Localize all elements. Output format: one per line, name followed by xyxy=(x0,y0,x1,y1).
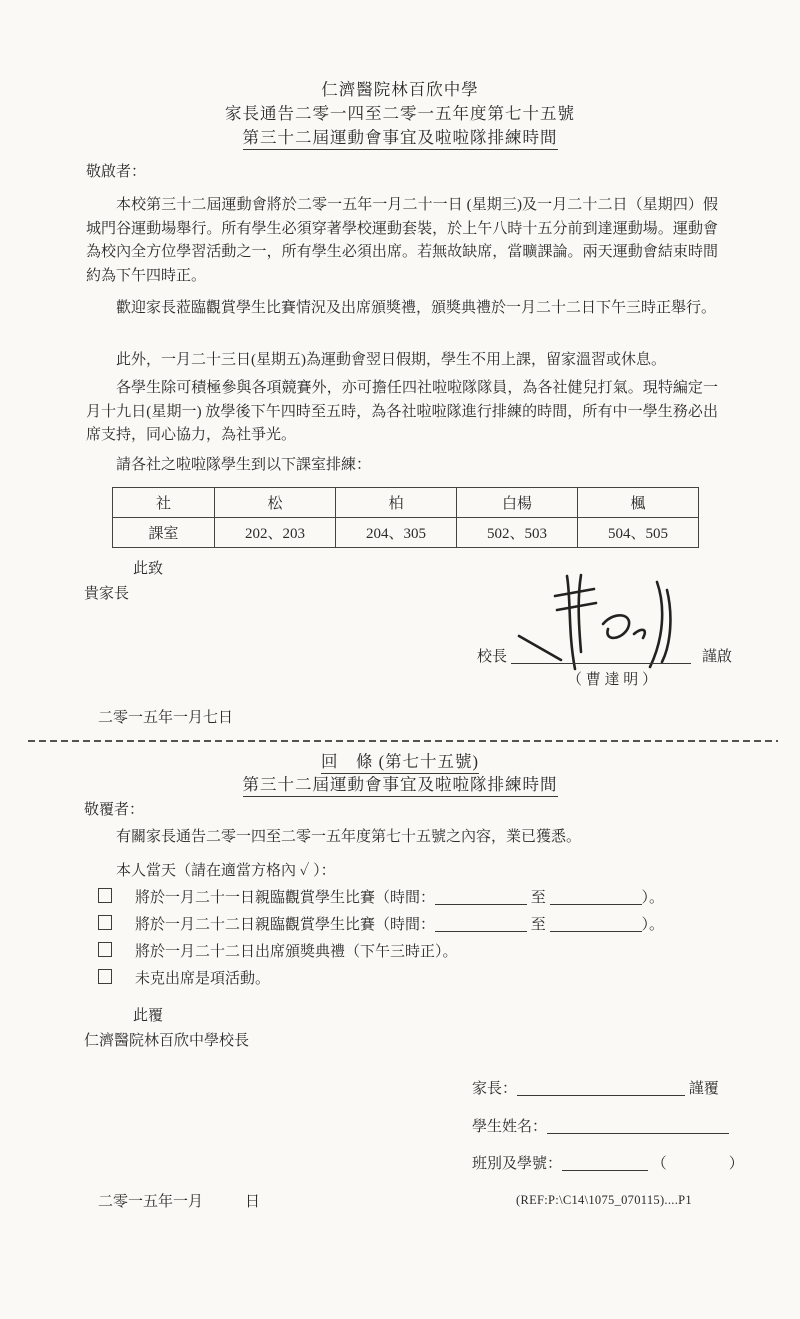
header-pine: 松 xyxy=(215,488,336,518)
reply-date-day: 日 xyxy=(245,1194,260,1210)
scanned-notice-page: 仁濟醫院林百欣中學 家長通告二零一四至二零一五年度第七十五號 第三十二屆運動會事… xyxy=(0,0,800,1319)
notice-date: 二零一五年一月七日 xyxy=(98,706,233,727)
header-house: 社 xyxy=(113,488,215,518)
option-4-text: 未克出席是項活動。 xyxy=(135,971,270,987)
reply-instruction: 本人當天（請在適當方格內 ✓ ）： xyxy=(86,860,718,884)
cheerleading-rooms-table: 社 松 柏 白楊 楓 課室 202、203 204、305 502、503 50… xyxy=(112,487,699,548)
student-number-field[interactable] xyxy=(667,1153,729,1168)
option-1-to: 至 xyxy=(531,890,546,906)
option-2-to: 至 xyxy=(531,917,546,933)
paragraph-event-details: 本校第三十二屆運動會將於二零一五年一月二十一日 (星期三)及一月二十二日（星期四… xyxy=(86,194,718,288)
reply-subject-text: 第三十二屆運動會事宜及啦啦隊排練時間 xyxy=(243,771,558,797)
reply-salutation: 敬覆者： xyxy=(84,798,144,819)
rooms-maple: 504、505 xyxy=(578,518,699,548)
reply-option-3: 將於一月二十二日出席頒獎典禮（下午三時正）。 xyxy=(98,940,458,961)
sign-off-jinqi: 謹啟 xyxy=(702,645,732,666)
option-1-time-to-field[interactable] xyxy=(550,889,642,905)
table-intro: 請各社之啦啦隊學生到以下課室排練： xyxy=(86,454,718,478)
principal-signature-line xyxy=(511,648,691,664)
option-1-time-from-field[interactable] xyxy=(435,889,527,905)
rooms-pine: 202、203 xyxy=(215,518,336,548)
student-name-field[interactable] xyxy=(547,1118,729,1134)
option-1-text: 將於一月二十一日親臨觀賞學生比賽（時間： xyxy=(135,890,435,906)
reply-date-row: 二零一五年一月日 xyxy=(98,1190,260,1211)
rooms-cypress: 204、305 xyxy=(336,518,457,548)
option-2-time-to-field[interactable] xyxy=(550,916,642,932)
option-2-end: ）。 xyxy=(642,917,665,933)
paragraph-holiday: 此外，一月二十三日(星期五)為運動會翌日假期，學生不用上課，留家溫習或休息。 xyxy=(86,349,718,373)
notice-number-title: 家長通告二零一四至二零一五年度第七十五號 xyxy=(0,100,800,124)
header-maple: 楓 xyxy=(578,488,699,518)
notice-subject-text: 第三十二屆運動會事宜及啦啦隊排練時間 xyxy=(243,124,558,150)
checkbox-attend-prize-ceremony[interactable] xyxy=(98,942,112,957)
reply-option-4: 未克出席是項活動。 xyxy=(98,967,270,988)
parent-label: 家長： xyxy=(472,1081,517,1097)
class-no-label: 班別及學號： xyxy=(472,1156,562,1172)
header-poplar: 白楊 xyxy=(457,488,578,518)
paragraph-cheerleading: 各學生除可積極參與各項競賽外，亦可擔任四社啦啦隊隊員，為各社健兒打氣。現特編定一… xyxy=(86,377,718,448)
class-field[interactable] xyxy=(562,1155,648,1171)
paren-close: ） xyxy=(729,1156,744,1172)
reply-closing-principal: 仁濟醫院林百欣中學校長 xyxy=(84,1029,249,1050)
closing-dear-parent: 貴家長 xyxy=(84,582,129,603)
notice-subject: 第三十二屆運動會事宜及啦啦隊排練時間 xyxy=(0,124,800,150)
option-1-end: ）。 xyxy=(642,890,665,906)
row-label-classroom: 課室 xyxy=(113,518,215,548)
checkbox-attend-jan21[interactable] xyxy=(98,888,112,903)
checkbox-attend-jan22[interactable] xyxy=(98,915,112,930)
parent-signoff: 謹覆 xyxy=(689,1081,719,1097)
paragraph-parents-welcome: 歡迎家長蒞臨觀賞學生比賽情況及出席頒獎禮，頒獎典禮於一月二十二日下午三時正舉行。 xyxy=(86,297,718,321)
salutation: 敬啟者： xyxy=(86,160,146,181)
principal-label: 校長 xyxy=(477,645,507,666)
student-name-row: 學生姓名： xyxy=(472,1115,729,1136)
closing-cizhi: 此致 xyxy=(133,557,163,578)
document-reference: (REF:P:\C14\1075_070115)....P1 xyxy=(516,1193,692,1208)
option-3-text: 將於一月二十二日出席頒獎典禮（下午三時正）。 xyxy=(135,944,458,960)
reply-day-field[interactable] xyxy=(203,1191,245,1206)
checkbox-unable-to-attend[interactable] xyxy=(98,969,112,984)
parent-signature-field[interactable] xyxy=(517,1080,685,1096)
option-2-time-from-field[interactable] xyxy=(435,916,527,932)
reply-subject: 第三十二屆運動會事宜及啦啦隊排練時間 xyxy=(0,771,800,797)
reply-option-1: 將於一月二十一日親臨觀賞學生比賽（時間： 至 ）。 xyxy=(98,886,664,907)
student-name-label: 學生姓名： xyxy=(472,1119,547,1135)
rooms-poplar: 502、503 xyxy=(457,518,578,548)
header-cypress: 柏 xyxy=(336,488,457,518)
reply-date-prefix: 二零一五年一月 xyxy=(98,1194,203,1210)
table-header-row: 社 松 柏 白楊 楓 xyxy=(113,488,699,518)
option-2-text: 將於一月二十二日親臨觀賞學生比賽（時間： xyxy=(135,917,435,933)
reply-acknowledgement: 有關家長通告二零一四至二零一五年度第七十五號之內容，業已獲悉。 xyxy=(86,826,718,850)
table-row: 課室 202、203 204、305 502、503 504、505 xyxy=(113,518,699,548)
parent-signature-row: 家長： 謹覆 xyxy=(472,1077,719,1098)
reply-option-2: 將於一月二十二日親臨觀賞學生比賽（時間： 至 ）。 xyxy=(98,913,664,934)
tear-off-dashed-line xyxy=(28,740,778,742)
principal-name: （ 曹 達 明 ） xyxy=(532,668,692,689)
school-name: 仁濟醫院林百欣中學 xyxy=(0,76,800,100)
class-number-row: 班別及學號： （） xyxy=(472,1152,744,1173)
paren-open: （ xyxy=(652,1156,667,1172)
reply-closing-cifu: 此覆 xyxy=(133,1004,163,1025)
